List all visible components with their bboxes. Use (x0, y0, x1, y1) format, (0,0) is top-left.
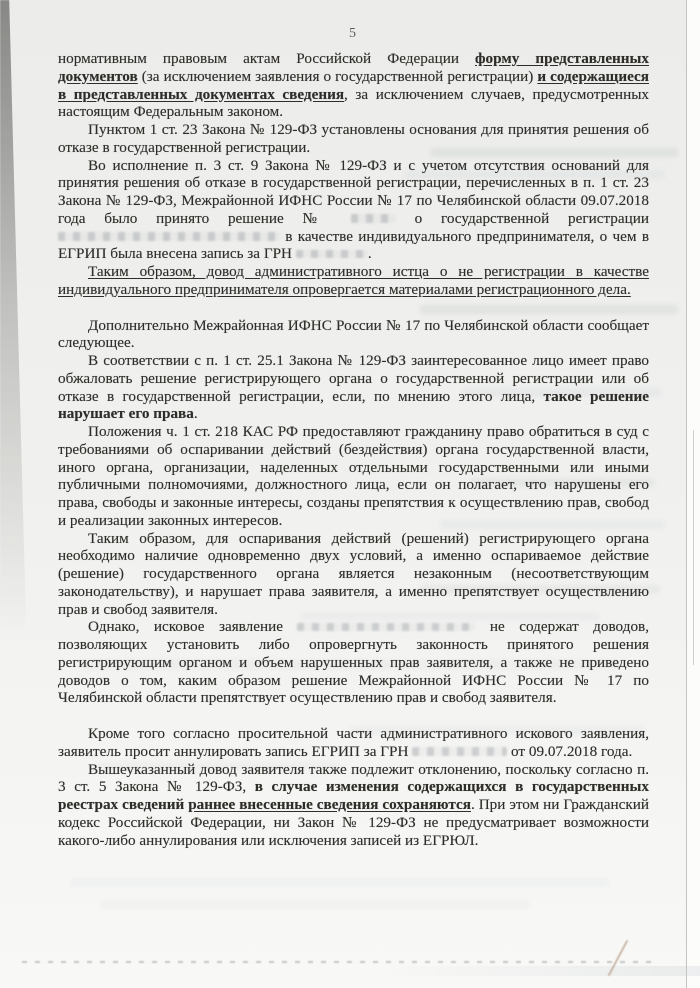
page-number: 5 (58, 26, 648, 42)
paragraph: Таким образом, для оспаривания действий … (58, 530, 649, 619)
redacted-text (412, 747, 507, 755)
paragraph: Таким образом, довод административного и… (58, 263, 649, 299)
bleed-through-artifact (100, 900, 530, 909)
paper-left-edge-shadow (0, 0, 27, 660)
text-run: Таким образом, довод административного и… (58, 263, 649, 298)
paragraph: Вышеуказанный довод заявителя также подл… (58, 761, 649, 850)
scan-bottom-artifact-line (22, 961, 658, 963)
redacted-text (351, 214, 396, 222)
paragraph: Кроме того согласно просительной части а… (58, 725, 649, 761)
text-run: . (194, 405, 198, 422)
paragraph: Пунктом 1 ст. 23 Закона № 129-ФЗ установ… (58, 121, 649, 157)
paragraph: Положения ч. 1 ст. 218 КАС РФ предоставл… (58, 423, 649, 530)
text-run: (за исключением заявления о государствен… (138, 68, 538, 85)
scan-bottom-tint (0, 966, 700, 976)
text-run: нормативным правовым актам Российской Фе… (58, 50, 475, 67)
paragraph: Дополнительно Межрайонная ИФНС России № … (58, 317, 649, 353)
text-run: Таким образом, для оспаривания действий … (58, 530, 649, 618)
bleed-through-artifact (70, 878, 610, 887)
text-run: . (368, 245, 372, 262)
text-run: Дополнительно Межрайонная ИФНС России № … (58, 317, 649, 352)
paragraph: В соответствии с п. 1 ст. 25.1 Закона № … (58, 352, 649, 423)
text-run: Пунктом 1 ст. 23 Закона № 129-ФЗ установ… (58, 121, 649, 156)
paper-right-edge-line (693, 430, 694, 665)
text-run: Положения ч. 1 ст. 218 КАС РФ предоставл… (58, 423, 649, 529)
scanned-document-page: 5 нормативным правовым актам Российской … (0, 0, 700, 988)
paragraph: Однако, исковое заявление не содержат до… (58, 618, 649, 707)
document-body: нормативным правовым актам Российской Фе… (58, 50, 649, 849)
text-run: Однако, исковое заявление (88, 618, 297, 635)
redacted-text (296, 250, 368, 258)
paragraph: нормативным правовым актам Российской Фе… (58, 50, 649, 121)
text-run: раннее внесенные сведения сохраняются (188, 796, 471, 813)
redacted-text (58, 232, 280, 240)
text-run: о государственной регистрации (396, 210, 649, 227)
text-run: от 09.07.2018 года. (507, 743, 632, 760)
paragraph: Во исполнение п. 3 ст. 9 Закона № 129-ФЗ… (58, 157, 649, 264)
redacted-text (297, 623, 475, 631)
